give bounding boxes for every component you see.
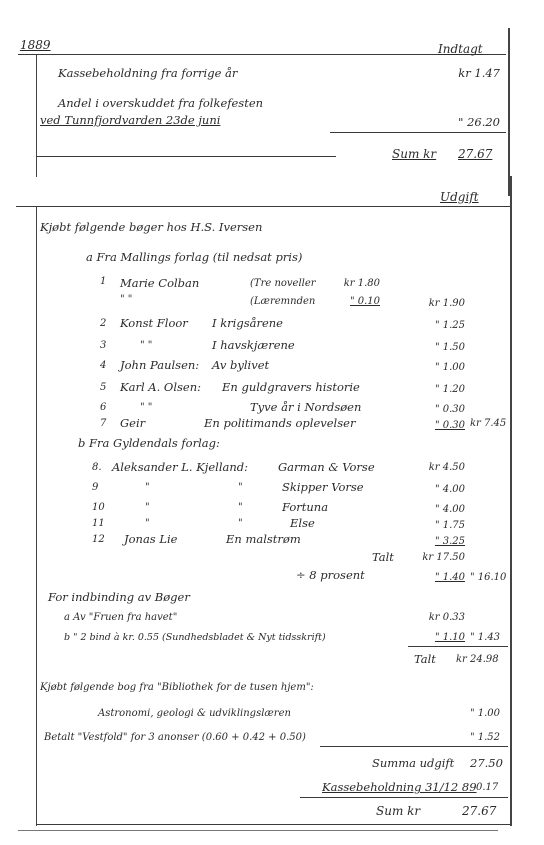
discount-amount: " 1.40 bbox=[395, 572, 465, 583]
item-amount: " 4.00 bbox=[395, 504, 465, 515]
item-author: " bbox=[238, 518, 243, 529]
binding-amount-a: kr 0.33 bbox=[395, 612, 465, 623]
binding-total-label: Talt bbox=[414, 652, 436, 666]
item-author: " bbox=[145, 502, 150, 513]
item-author: " bbox=[238, 502, 243, 513]
item-amount: " 1.25 bbox=[395, 320, 465, 331]
item-amount: " 0.30 bbox=[395, 404, 465, 415]
income-bottom-rule bbox=[36, 156, 336, 157]
item-author: Marie Colban bbox=[120, 276, 199, 290]
item-subamount: kr 1.80 bbox=[300, 278, 380, 289]
library-item: Astronomi, geologi & udviklingslæren bbox=[98, 708, 291, 719]
item-author: " " bbox=[140, 340, 152, 351]
summary-balance: 0.17 bbox=[476, 782, 498, 793]
item-author: " bbox=[145, 518, 150, 529]
item-title: Else bbox=[290, 516, 315, 530]
library-amount: " 1.00 bbox=[420, 708, 500, 719]
binding-amount-b: " 1.10 bbox=[395, 632, 465, 643]
item-author: Jonas Lie bbox=[124, 532, 177, 546]
item-author: Konst Floor bbox=[120, 316, 188, 330]
year-label: 1889 bbox=[20, 38, 51, 52]
summary-expense-total: 27.50 bbox=[470, 756, 503, 770]
item-author: " " bbox=[140, 402, 152, 413]
item-title: Fortuna bbox=[282, 500, 328, 514]
item-no: 3 bbox=[100, 340, 106, 351]
item-author: John Paulsen: bbox=[120, 358, 199, 372]
income-item-2-line2: ved Tunnfjordvarden 23de juni bbox=[40, 113, 220, 127]
item-amount: " 1.00 bbox=[395, 362, 465, 373]
section-b-total: kr 17.50 bbox=[395, 552, 465, 563]
section-b-net: " 16.10 bbox=[470, 572, 506, 583]
income-amount-2: " 26.20 bbox=[440, 115, 500, 129]
binding-item-b: b " 2 bind à kr. 0.55 (Sundhedsbladet & … bbox=[64, 632, 326, 643]
item-no: 2 bbox=[100, 318, 106, 329]
top-rule bbox=[18, 54, 506, 55]
item-title: I havskjærene bbox=[212, 338, 295, 352]
income-total-label: Sum kr bbox=[392, 147, 436, 161]
item-no: 9 bbox=[92, 482, 98, 493]
income-heading: Indtagt bbox=[438, 42, 483, 56]
item-no: 5 bbox=[100, 382, 106, 393]
income-total: 27.67 bbox=[458, 147, 492, 161]
expense-intro: Kjøbt følgende bøger hos H.S. Iversen bbox=[40, 220, 262, 234]
item-title: En guldgravers historie bbox=[222, 380, 360, 394]
item-no: 1 bbox=[100, 276, 106, 287]
expense-left-rule bbox=[36, 206, 37, 826]
item-amount: kr 1.90 bbox=[395, 298, 465, 309]
binding-rule bbox=[408, 646, 508, 647]
item-no: 10 bbox=[92, 502, 105, 513]
left-margin-rule bbox=[36, 55, 37, 177]
binding-heading: For indbinding av Bøger bbox=[48, 590, 190, 604]
ads-rule bbox=[320, 746, 508, 747]
section-a-label: a Fra Mallings forlag (til nedsat pris) bbox=[86, 250, 302, 264]
income-item-1: Kassebeholdning fra forrige år bbox=[58, 66, 237, 80]
item-amount: " 1.75 bbox=[395, 520, 465, 531]
item-author: " " bbox=[120, 294, 132, 305]
item-title: En malstrøm bbox=[226, 532, 301, 546]
item-amount: " 0.30 bbox=[395, 420, 465, 431]
item-title: Garman & Vorse bbox=[278, 460, 375, 474]
binding-item-a: a Av "Fruen fra havet" bbox=[64, 612, 177, 623]
item-title: Skipper Vorse bbox=[282, 480, 364, 494]
item-amount: kr 4.50 bbox=[395, 462, 465, 473]
item-title: En politimands oplevelser bbox=[204, 416, 355, 430]
summary-rule bbox=[300, 797, 508, 798]
summary-sum: 27.67 bbox=[462, 804, 496, 818]
income-sum-rule bbox=[330, 132, 506, 133]
binding-total: kr 24.98 bbox=[456, 654, 499, 665]
summary-balance-label: Kassebeholdning 31/12 89 bbox=[322, 780, 477, 794]
summary-sum-label: Sum kr bbox=[376, 804, 420, 818]
expense-top-rule bbox=[16, 206, 510, 207]
item-no: 7 bbox=[100, 418, 106, 429]
item-author: " bbox=[145, 482, 150, 493]
library-heading: Kjøbt følgende bog fra "Bibliothek for d… bbox=[40, 682, 314, 693]
item-amount: " 3.25 bbox=[395, 536, 465, 547]
item-no: 11 bbox=[92, 518, 105, 529]
bottom-rule bbox=[36, 824, 510, 825]
section-b-total-label: Talt bbox=[372, 550, 394, 564]
section-a-subtotal: kr 7.45 bbox=[470, 418, 506, 429]
income-amount-1: kr 1.47 bbox=[440, 66, 500, 80]
binding-subtotal: " 1.43 bbox=[470, 632, 500, 643]
item-author: " bbox=[238, 482, 243, 493]
item-amount: " 4.00 bbox=[395, 484, 465, 495]
item-title: I krigsårene bbox=[212, 316, 283, 330]
item-author: Karl A. Olsen: bbox=[120, 380, 201, 394]
item-author: Aleksander L. Kjelland: bbox=[112, 460, 248, 474]
item-amount: " 1.20 bbox=[395, 384, 465, 395]
item-no: 4 bbox=[100, 360, 106, 371]
item-no: 6 bbox=[100, 402, 106, 413]
discount-label: ÷ 8 prosent bbox=[296, 568, 365, 582]
item-amount: " 1.50 bbox=[395, 342, 465, 353]
ads-amount: " 1.52 bbox=[420, 732, 500, 743]
item-title: Tyve år i Nordsøen bbox=[250, 400, 361, 414]
bottom-rule-2 bbox=[18, 830, 498, 831]
ads-text: Betalt "Vestfold" for 3 anonser (0.60 + … bbox=[44, 732, 306, 743]
item-title: Av bylivet bbox=[212, 358, 269, 372]
item-no: 12 bbox=[92, 534, 105, 545]
expense-right-rule bbox=[510, 176, 512, 826]
section-b-label: b Fra Gyldendals forlag: bbox=[78, 436, 220, 450]
item-no: 8. bbox=[92, 462, 102, 473]
right-margin-rule bbox=[508, 28, 510, 196]
income-item-2-line1: Andel i overskuddet fra folkefesten bbox=[58, 96, 263, 110]
summary-expense-label: Summa udgift bbox=[372, 756, 454, 770]
item-subamount: " 0.10 bbox=[300, 296, 380, 307]
expense-heading: Udgift bbox=[440, 190, 479, 204]
item-author: Geir bbox=[120, 416, 145, 430]
